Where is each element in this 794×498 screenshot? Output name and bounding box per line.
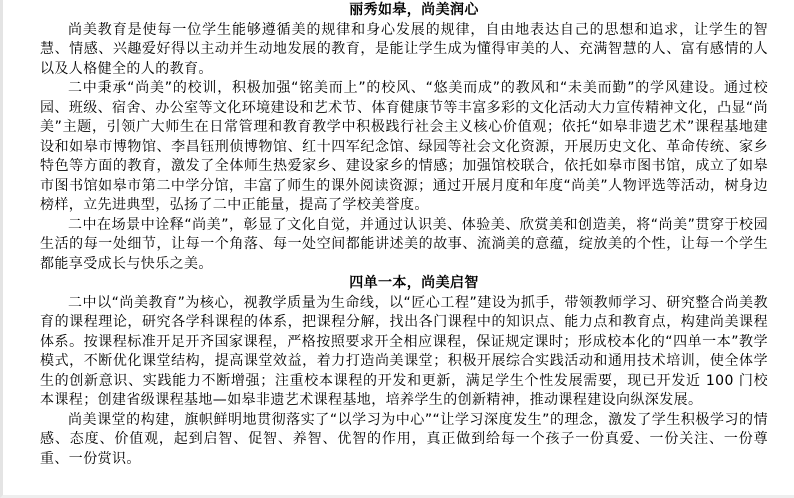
section-heading-1: 丽秀如皋，尚美润心 <box>40 1 768 21</box>
page-frame: 丽秀如皋，尚美润心 尚美教育是使每一位学生能够遵循美的规律和身心发展的规律，自由… <box>0 0 794 498</box>
paragraph-1-1: 尚美教育是使每一位学生能够遵循美的规律和身心发展的规律，自由地表达自己的思想和追… <box>40 21 768 80</box>
paragraph-2-2: 尚美课堂的构建，旗帜鲜明地贯彻落实了“以学习为中心”“让学习深度发生”的理念，激… <box>40 411 768 470</box>
paragraph-1-2: 二中秉承“尚美”的校训，积极加强“铭美而上”的校风、“悠美而成”的教风和“未美而… <box>40 79 768 216</box>
paragraph-2-1: 二中以“尚美教育”为核心，视教学质量为生命线，以“匠心工程”建设为抓手，带领教师… <box>40 294 768 411</box>
article-body: 丽秀如皋，尚美润心 尚美教育是使每一位学生能够遵循美的规律和身心发展的规律，自由… <box>40 1 768 469</box>
section-heading-2: 四单一本，尚美启智 <box>40 274 768 294</box>
paragraph-1-3: 二中在场景中诠释“尚美”，彰显了文化自觉，并通过认识美、体验美、欣赏美和创造美，… <box>40 216 768 275</box>
